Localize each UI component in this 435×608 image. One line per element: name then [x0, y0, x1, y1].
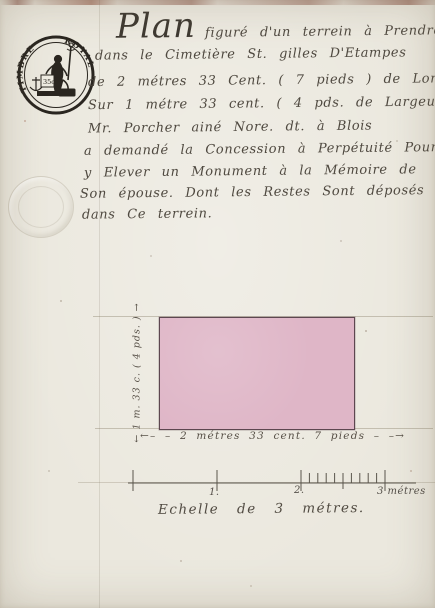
document-scan: TIMBRE ROYAL	[0, 0, 435, 608]
stamp-text-right: ROYAL	[63, 35, 96, 69]
manuscript-line: y Elever un Monument à la Mémoire de	[84, 162, 417, 180]
stamp-denomination: 35c	[43, 78, 55, 86]
manuscript-line: Mr. Porcher ainé Nore. dt. à Blois	[88, 119, 372, 137]
manuscript-title-line: Plan figuré d'un terrein à Prendre	[116, 6, 435, 43]
plan-height-label: ← 1 m. 33 c. ( 4 pds. ) →	[132, 302, 143, 442]
embossed-dry-seal	[8, 176, 74, 238]
manuscript-line: Son épouse. Dont les Restes Sont déposés	[80, 183, 424, 202]
title-rest: figuré d'un terrein à Prendre	[205, 23, 435, 40]
manuscript-line: dans Ce terrein.	[82, 206, 212, 222]
manuscript-line: dans le Cimetière St. gilles D'Etampes	[95, 45, 407, 63]
scale-caption: Echelle de 3 métres.	[158, 500, 365, 518]
scale-tick-label-1: 1.	[209, 487, 220, 498]
manuscript-line: Sur 1 métre 33 cent. ( 4 pds. de Largeur…	[88, 94, 435, 113]
timbre-royal-stamp: TIMBRE ROYAL	[15, 33, 97, 117]
svg-text:ROYAL: ROYAL	[63, 35, 96, 69]
title-word: Plan	[116, 9, 196, 44]
plan-width-dimension: ←– – 2 métres 33 cent. 7 pieds – –→	[140, 430, 366, 442]
plot-plan-rectangle	[159, 317, 355, 430]
manuscript-line: a demandé la Concession à Perpétuité Pou…	[84, 140, 435, 159]
manuscript-line: de 2 métres 33 Cent. ( 7 pieds ) de Long…	[88, 71, 435, 90]
scale-tick-label-3: 3 métres	[377, 486, 426, 497]
stamp-seal-icon: TIMBRE ROYAL	[15, 33, 97, 117]
scan-edge-top	[0, 0, 435, 5]
pedestal-base	[37, 91, 63, 96]
scale-tick-label-2: 2.	[294, 485, 305, 496]
seated-figure-icon	[30, 43, 75, 96]
paper-specks	[0, 0, 2, 2]
plan-height-dimension: ← 1 m. 33 c. ( 4 pds. ) →	[128, 316, 146, 428]
paper-fold-crease	[99, 0, 100, 608]
